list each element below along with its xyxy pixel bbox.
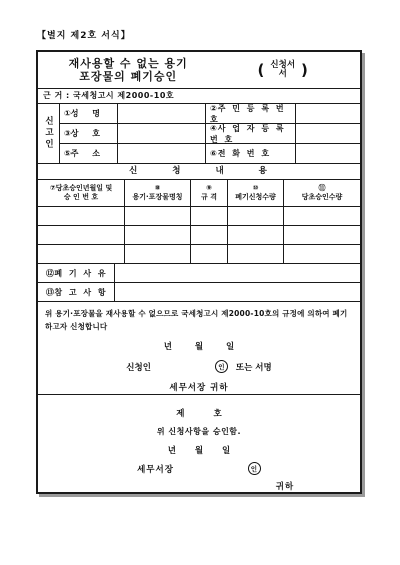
business-number-value-cell	[296, 124, 360, 144]
name-label: ①성 명	[60, 104, 118, 124]
disposal-reason-value-cell	[115, 264, 360, 282]
cell-approval-date	[38, 245, 125, 263]
declaration-line1: 위 용기·포장물을 재사용할 수 없으므로 국세청고시 제2000-10호의 규…	[45, 307, 353, 320]
cell-specification	[191, 245, 228, 263]
seal-icon: 인	[248, 462, 261, 475]
declaration-recipient: 세무서장 귀하	[38, 381, 360, 393]
declaration-signature-line: 신청인 인 또는 서명	[38, 360, 360, 373]
applicant-group-label: 신고인	[38, 104, 60, 164]
col-approval-date-number: ⑦당초승인년월일 및 승 인 번 호	[38, 180, 125, 206]
col1-line1: ⑦당초승인년월일 및	[50, 184, 112, 193]
col-container-name: ⑧ 용기·포장물명칭	[125, 180, 191, 206]
col-approved-quantity: ⑪ 당초승인수량	[284, 180, 360, 206]
phone-number-label: ⑥전 화 번 호	[206, 144, 296, 164]
form-title: 재사용할 수 없는 용기 포장물의 폐기승인	[38, 57, 218, 83]
declaration-paragraph: 위 용기·포장물을 재사용할 수 없으므로 국세청고시 제2000-10호의 규…	[38, 302, 360, 333]
note-label: ⑬참 고 사 항	[38, 283, 115, 301]
approval-statement: 위 신청사항을 승인함.	[38, 426, 360, 437]
or-signature-label: 또는 서명	[236, 361, 272, 373]
cell-specification	[191, 226, 228, 244]
title-row: 재사용할 수 없는 용기 포장물의 폐기승인 ( 신청서 서 )	[38, 52, 360, 89]
col3-line1: ⑨	[206, 184, 212, 193]
resident-number-label: ②주 민 등 록 번 호	[206, 104, 296, 124]
applicant-table: 신고인 ①성 명 ②주 민 등 록 번 호 ③상 호 ④사 업 자 등 록 번 …	[38, 104, 360, 164]
form-title-line2: 포장물의 폐기승인	[38, 70, 218, 83]
trade-name-value-cell	[118, 124, 206, 144]
approval-recipient: 귀하	[38, 480, 360, 492]
table-row	[38, 226, 360, 245]
col4-line1: ⑩	[253, 184, 259, 193]
trade-name-label: ③상 호	[60, 124, 118, 144]
col1-line2: 승 인 번 호	[64, 193, 98, 202]
cell-specification	[191, 207, 228, 225]
table-row	[38, 207, 360, 226]
paren-close: )	[301, 61, 308, 79]
declaration-line2: 하고자 신청합니다	[45, 320, 353, 333]
note-value-cell	[115, 283, 360, 301]
approval-doc-number: 제 호	[38, 407, 360, 419]
declaration-date-line: 년 월 일	[38, 340, 360, 352]
cell-disposal-quantity	[228, 245, 284, 263]
col4-line2: 폐기신청수량	[235, 193, 276, 202]
cell-disposal-quantity	[228, 207, 284, 225]
attachment-form-label: 【별지 제2호 서식】	[37, 28, 131, 41]
cell-container-name	[125, 226, 191, 244]
cell-container-name	[125, 245, 191, 263]
col-disposal-quantity: ⑩ 폐기신청수량	[228, 180, 284, 206]
address-value-cell	[118, 144, 206, 164]
cell-container-name	[125, 207, 191, 225]
cell-approved-quantity	[284, 207, 360, 225]
col-specification: ⑨ 규 격	[191, 180, 228, 206]
paren-open: (	[258, 61, 265, 79]
resident-number-value-cell	[296, 104, 360, 124]
col3-line2: 규 격	[201, 193, 217, 202]
applicant-group-label-text: 신고인	[43, 116, 55, 151]
table-row	[38, 245, 360, 264]
doc-type-group: ( 신청서 서 )	[218, 61, 347, 79]
approval-officer-line: 세무서장 인	[38, 462, 360, 475]
legal-basis: 근 거 : 국세청고시 제2000-10호	[38, 89, 360, 104]
phone-number-value-cell	[296, 144, 360, 164]
approval-section: 제 호 위 신청사항을 승인함. 년 월 일 세무서장 인 귀하	[38, 407, 360, 510]
col2-line1: ⑧	[155, 184, 161, 193]
cell-disposal-quantity	[228, 226, 284, 244]
disposal-reason-label: ⑫폐 기 사 유	[38, 264, 115, 282]
col2-line2: 용기·포장물명칭	[133, 193, 183, 202]
form-title-line1: 재사용할 수 없는 용기	[38, 57, 218, 70]
col5-line1: ⑪	[319, 184, 326, 193]
cell-approval-date	[38, 207, 125, 225]
doc-type-options: 신청서 서	[270, 61, 295, 79]
cell-approved-quantity	[284, 245, 360, 263]
approval-date-line: 년 월 일	[38, 444, 360, 456]
cell-approved-quantity	[284, 226, 360, 244]
address-label: ⑤주 소	[60, 144, 118, 164]
declaration-section: 위 용기·포장물을 재사용할 수 없으므로 국세청고시 제2000-10호의 규…	[38, 302, 360, 395]
col5-line2: 당초승인수량	[302, 193, 343, 202]
name-value-cell	[118, 104, 206, 124]
seal-icon: 인	[215, 360, 228, 373]
application-section-title: 신 청 내 용	[38, 164, 360, 180]
disposal-reason-row: ⑫폐 기 사 유	[38, 264, 360, 283]
cell-approval-date	[38, 226, 125, 244]
business-number-label: ④사 업 자 등 록 번 호	[206, 124, 296, 144]
applicant-signer-label: 신청인	[126, 361, 151, 373]
application-column-headers: ⑦당초승인년월일 및 승 인 번 호 ⑧ 용기·포장물명칭 ⑨ 규 격 ⑩ 폐기…	[38, 180, 360, 207]
tax-office-head-label: 세무서장	[137, 463, 174, 475]
form-sheet: 재사용할 수 없는 용기 포장물의 폐기승인 ( 신청서 서 ) 근 거 : 국…	[36, 50, 362, 494]
note-row: ⑬참 고 사 항	[38, 283, 360, 302]
doc-type-bottom: 서	[279, 70, 287, 79]
